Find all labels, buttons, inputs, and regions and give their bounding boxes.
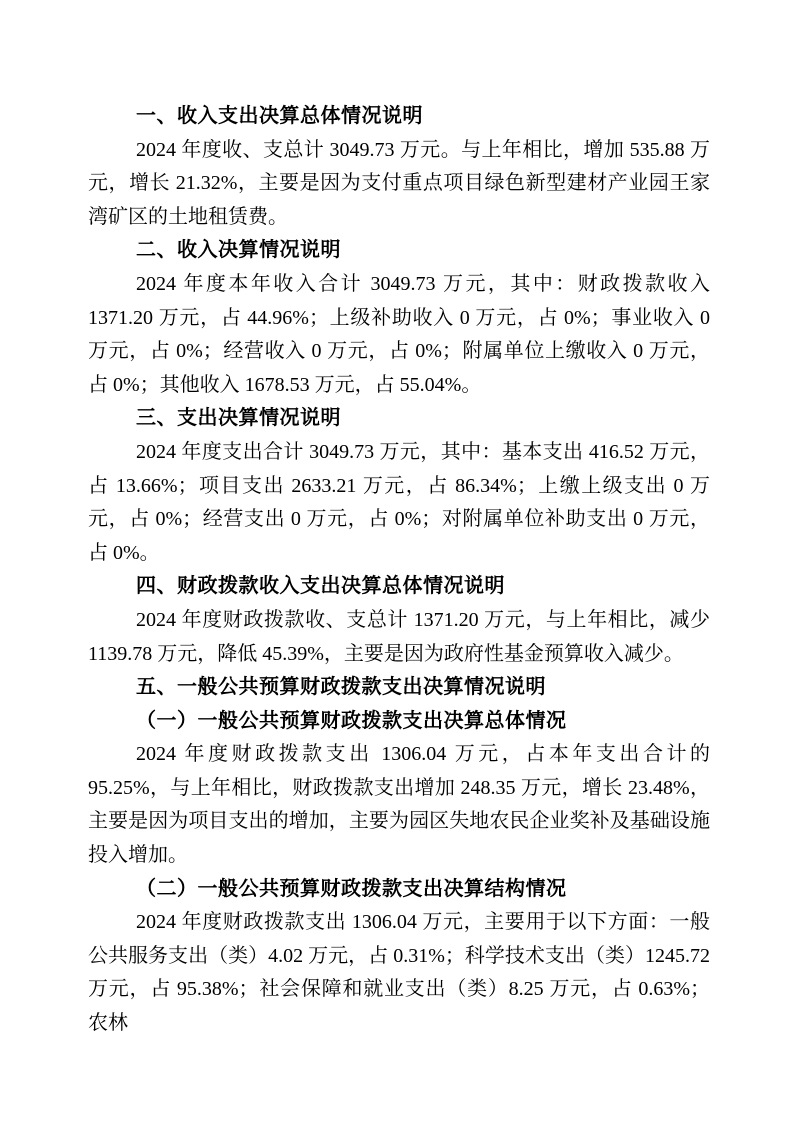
section-2-paragraph: 2024 年度本年收入合计 3049.73 万元，其中：财政拨款收入 1371.…: [88, 268, 710, 402]
section-3-heading: 三、支出决算情况说明: [88, 402, 710, 436]
subsection-5-1-paragraph: 2024 年度财政拨款支出 1306.04 万元，占本年支出合计的 95.25%…: [88, 738, 710, 872]
document-page: 一、收入支出决算总体情况说明 2024 年度收、支总计 3049.73 万元。与…: [0, 0, 793, 1122]
section-2-heading: 二、收入决算情况说明: [88, 234, 710, 268]
section-4-paragraph: 2024 年度财政拨款收、支总计 1371.20 万元，与上年相比，减少 113…: [88, 604, 710, 671]
section-1-heading: 一、收入支出决算总体情况说明: [88, 100, 710, 134]
subsection-5-2-paragraph: 2024 年度财政拨款支出 1306.04 万元，主要用于以下方面：一般公共服务…: [88, 906, 710, 1040]
section-5-heading: 五、一般公共预算财政拨款支出决算情况说明: [88, 671, 710, 705]
section-3-paragraph: 2024 年度支出合计 3049.73 万元，其中：基本支出 416.52 万元…: [88, 436, 710, 570]
subsection-5-1-heading: （一）一般公共预算财政拨款支出决算总体情况: [88, 705, 710, 739]
subsection-5-2-heading: （二）一般公共预算财政拨款支出决算结构情况: [88, 873, 710, 907]
section-1-paragraph: 2024 年度收、支总计 3049.73 万元。与上年相比，增加 535.88 …: [88, 134, 710, 235]
section-4-heading: 四、财政拨款收入支出决算总体情况说明: [88, 570, 710, 604]
